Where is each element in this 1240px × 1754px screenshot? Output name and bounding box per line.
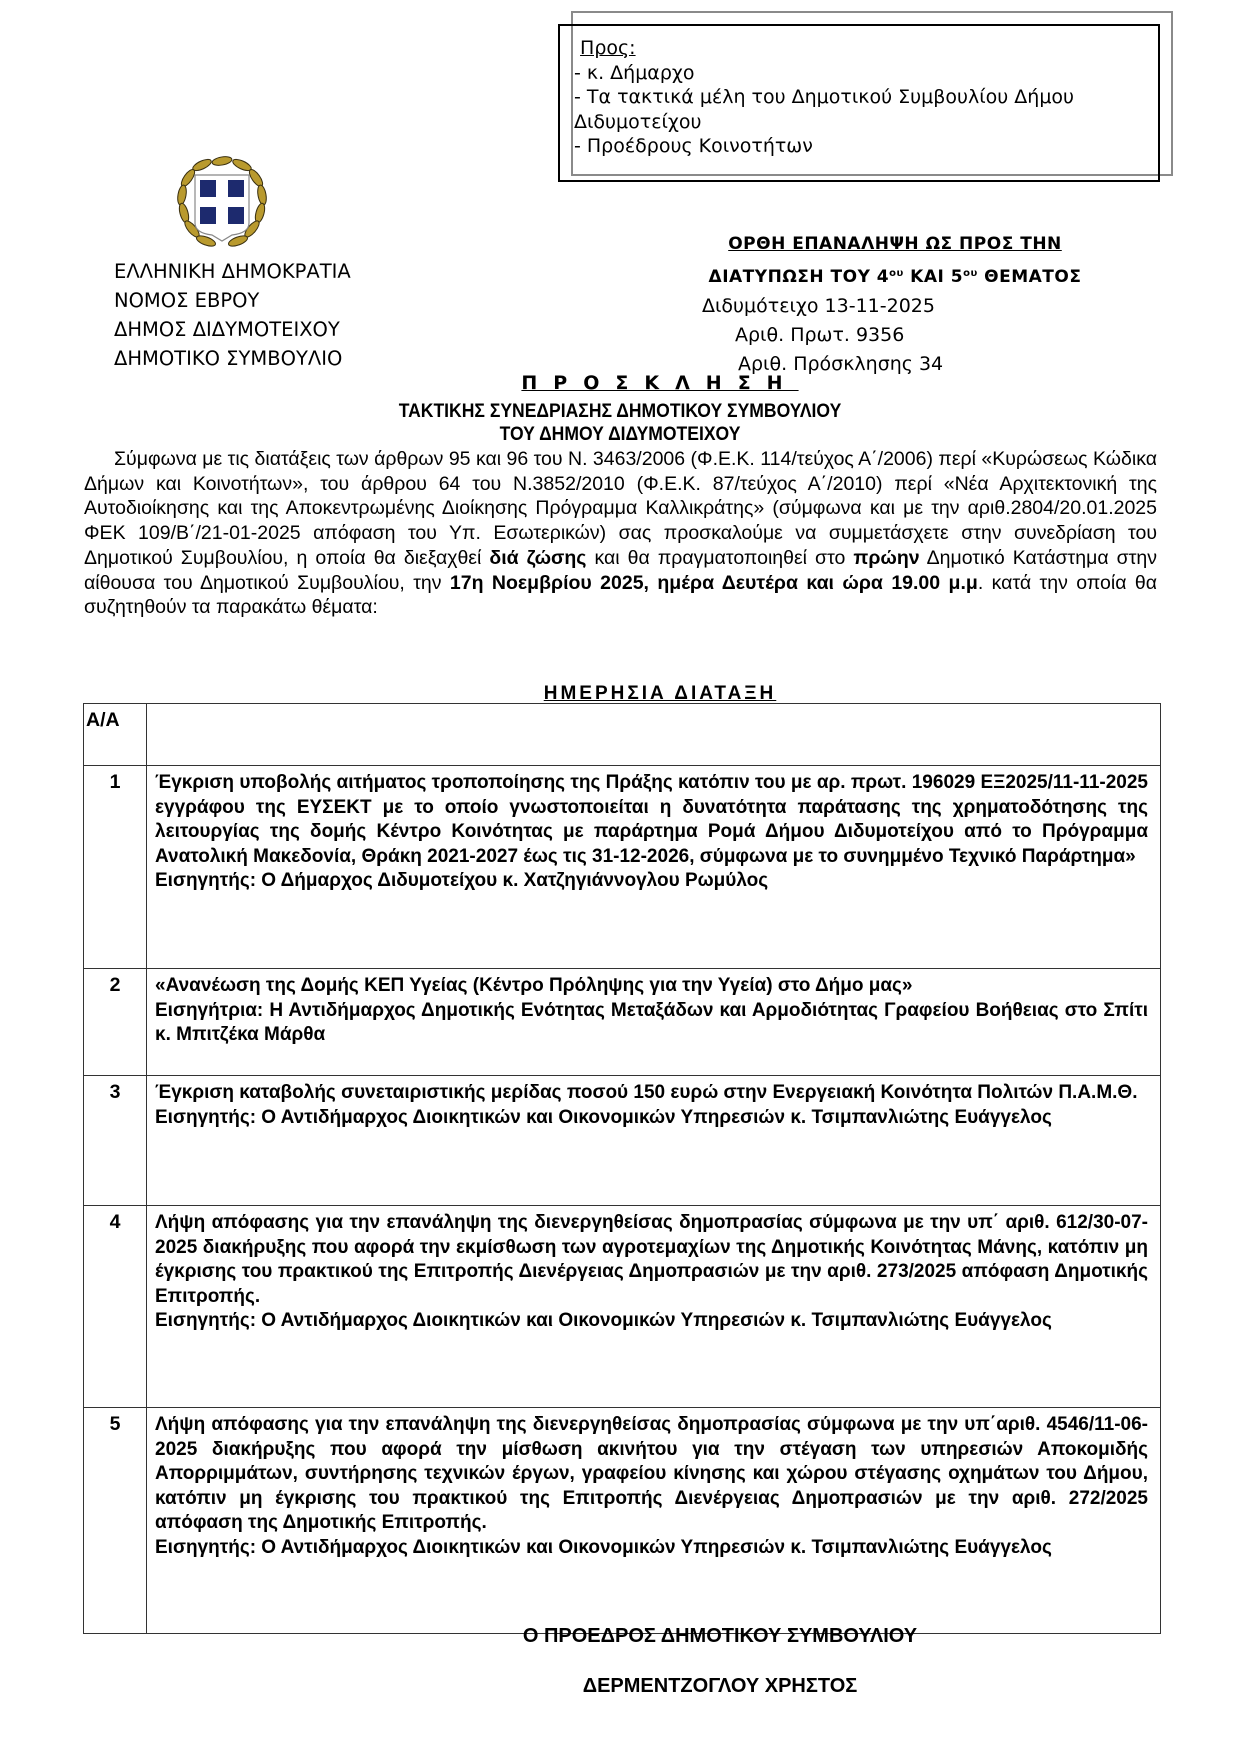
correction-text: ΘΕΜΑΤΟΣ	[978, 267, 1082, 287]
recipient-label-text: Προς:	[580, 37, 636, 59]
agenda-row: 3 Έγκριση καταβολής συνεταιριστικής μερί…	[84, 1076, 1161, 1206]
protocol-number: Αριθ. Πρωτ. 9356	[640, 321, 1100, 350]
agenda-row: 2 «Ανανέωση της Δομής ΚΕΠ Υγείας (Κέντρο…	[84, 969, 1161, 1076]
issuer-line: ΕΛΛΗΝΙΚΗ ΔΗΜΟΚΡΑΤΙΑ	[114, 257, 351, 286]
greek-coat-of-arms-icon	[172, 153, 272, 253]
recipient-line: - Προέδρους Κοινοτήτων	[574, 134, 1158, 159]
agenda-item-text: Έγκριση υποβολής αιτήματος τροποποίησης …	[155, 771, 1148, 869]
issuer-line: ΔΗΜΟΣ ΔΙΔΥΜΟΤΕΙΧΟΥ	[114, 315, 351, 344]
meeting-datetime: 17η Νοεμβρίου 2025, ημέρα Δευτέρα και ώρ…	[450, 572, 978, 594]
invitation-body: Σύμφωνα με τις διατάξεις των άρθρων 95 κ…	[84, 447, 1157, 620]
agenda-number: 1	[84, 766, 147, 969]
recipient-box: Προς: - κ. Δήμαρχο - Τα τακτικά μέλη του…	[558, 24, 1160, 182]
agenda-table: Α/Α 1 Έγκριση υποβολής αιτήματος τροποπο…	[83, 703, 1161, 1634]
recipient-line: - Τα τακτικά μέλη του Δημοτικού Συμβουλί…	[574, 85, 1158, 110]
agenda-item-rapporteur: Εισηγητής: Ο Αντιδήμαρχος Διοικητικών κα…	[155, 1309, 1148, 1334]
issuer-line: ΔΗΜΟΤΙΚΟ ΣΥΜΒΟΥΛΙΟ	[114, 344, 351, 373]
subtitle-line: ΤΟΥ ΔΗΜΟΥ ΔΙΔΥΜΟΤΕΙΧΟΥ	[62, 423, 1178, 446]
agenda-item-text: Λήψη απόφασης για την επανάληψη της διεν…	[155, 1413, 1148, 1536]
document-date: Διδυμότειχο 13-11-2025	[640, 292, 1100, 321]
agenda-number: 4	[84, 1206, 147, 1408]
agenda-item: Έγκριση καταβολής συνεταιριστικής μερίδα…	[147, 1076, 1161, 1206]
agenda-number: 2	[84, 969, 147, 1076]
ordinal-suffix: ου	[963, 268, 978, 279]
subtitle-line: ΤΑΚΤΙΚΗΣ ΣΥΝΕΔΡΙΑΣΗΣ ΔΗΜΟΤΙΚΟΥ ΣΥΜΒΟΥΛΙΟ…	[62, 400, 1178, 423]
issuer-block: ΕΛΛΗΝΙΚΗ ΔΗΜΟΚΡΑΤΙΑ ΝΟΜΟΣ ΕΒΡΟΥ ΔΗΜΟΣ ΔΙ…	[114, 257, 351, 373]
agenda-row: 4 Λήψη απόφασης για την επανάληψη της δι…	[84, 1206, 1161, 1408]
agenda-item: «Ανανέωση της Δομής ΚΕΠ Υγείας (Κέντρο Π…	[147, 969, 1161, 1076]
agenda-header-row: Α/Α	[84, 704, 1161, 766]
ordinal-suffix: ου	[889, 268, 904, 279]
agenda-item: Λήψη απόφασης για την επανάληψη της διεν…	[147, 1408, 1161, 1634]
agenda-item-rapporteur: Εισηγητής: Ο Αντιδήμαρχος Διοικητικών κα…	[155, 1536, 1148, 1561]
agenda-number: 3	[84, 1076, 147, 1206]
body-emphasis: διά ζώσης	[489, 547, 586, 569]
signatory-title: Ο ΠΡΟΕΔΡΟΣ ΔΗΜΟΤΙΚΟΥ ΣΥΜΒΟΥΛΙΟΥ	[100, 1625, 1240, 1648]
agenda-item-rapporteur: Εισηγητής: Ο Δήμαρχος Διδυμοτείχου κ. Χα…	[155, 869, 1148, 894]
agenda-row: 1 Έγκριση υποβολής αιτήματος τροποποίηση…	[84, 766, 1161, 969]
agenda-title: ΗΜΕΡΗΣΙΑ ΔΙΑΤΑΞΗ	[40, 683, 1240, 705]
issuer-line: ΝΟΜΟΣ ΕΒΡΟΥ	[114, 286, 351, 315]
correction-text: ΔΙΑΤΥΠΩΣΗ ΤΟΥ 4	[709, 267, 890, 287]
agenda-item-rapporteur: Εισηγήτρια: Η Αντιδήμαρχος Δημοτικής Ενό…	[155, 999, 1148, 1048]
agenda-item: Λήψη απόφασης για την επανάληψη της διεν…	[147, 1206, 1161, 1408]
document-title: ΠΡΟΣΚΛΗΣΗ	[40, 372, 1240, 394]
document-meta-block: ΟΡΘΗ ΕΠΑΝΑΛΗΨΗ ΩΣ ΠΡΟΣ ΤΗΝ ΔΙΑΤΥΠΩΣΗ ΤΟΥ…	[640, 230, 1100, 379]
correction-text: ΚΑΙ 5	[904, 267, 963, 287]
agenda-header-empty	[147, 704, 1161, 766]
recipient-line: - κ. Δήμαρχο	[574, 61, 1158, 86]
recipient-line: Διδυμοτείχου	[574, 110, 1158, 135]
agenda-number: 5	[84, 1408, 147, 1634]
body-text: και θα πραγματοποιηθεί στο	[586, 547, 853, 569]
agenda-item: Έγκριση υποβολής αιτήματος τροποποίησης …	[147, 766, 1161, 969]
recipient-label: Προς:	[574, 36, 1158, 61]
agenda-number-header: Α/Α	[84, 704, 147, 766]
document-subtitle: ΤΑΚΤΙΚΗΣ ΣΥΝΕΔΡΙΑΣΗΣ ΔΗΜΟΤΙΚΟΥ ΣΥΜΒΟΥΛΙΟ…	[62, 400, 1178, 446]
agenda-item-text: Λήψη απόφασης για την επανάληψη της διεν…	[155, 1211, 1148, 1309]
correction-notice-line2: ΔΙΑΤΥΠΩΣΗ ΤΟΥ 4ου ΚΑΙ 5ου ΘΕΜΑΤΟΣ	[690, 259, 1100, 292]
agenda-item-text: «Ανανέωση της Δομής ΚΕΠ Υγείας (Κέντρο Π…	[155, 974, 1148, 999]
signatory-name: ΔΕΡΜΕΝΤΖΟΓΛΟΥ ΧΡΗΣΤΟΣ	[100, 1675, 1240, 1698]
body-emphasis: πρώην	[853, 547, 919, 569]
agenda-row: 5 Λήψη απόφασης για την επανάληψη της δι…	[84, 1408, 1161, 1634]
correction-notice-line1: ΟΡΘΗ ΕΠΑΝΑΛΗΨΗ ΩΣ ΠΡΟΣ ΤΗΝ	[690, 230, 1100, 259]
agenda-item-rapporteur: Εισηγητής: Ο Αντιδήμαρχος Διοικητικών κα…	[155, 1106, 1148, 1131]
agenda-item-text: Έγκριση καταβολής συνεταιριστικής μερίδα…	[155, 1081, 1148, 1106]
